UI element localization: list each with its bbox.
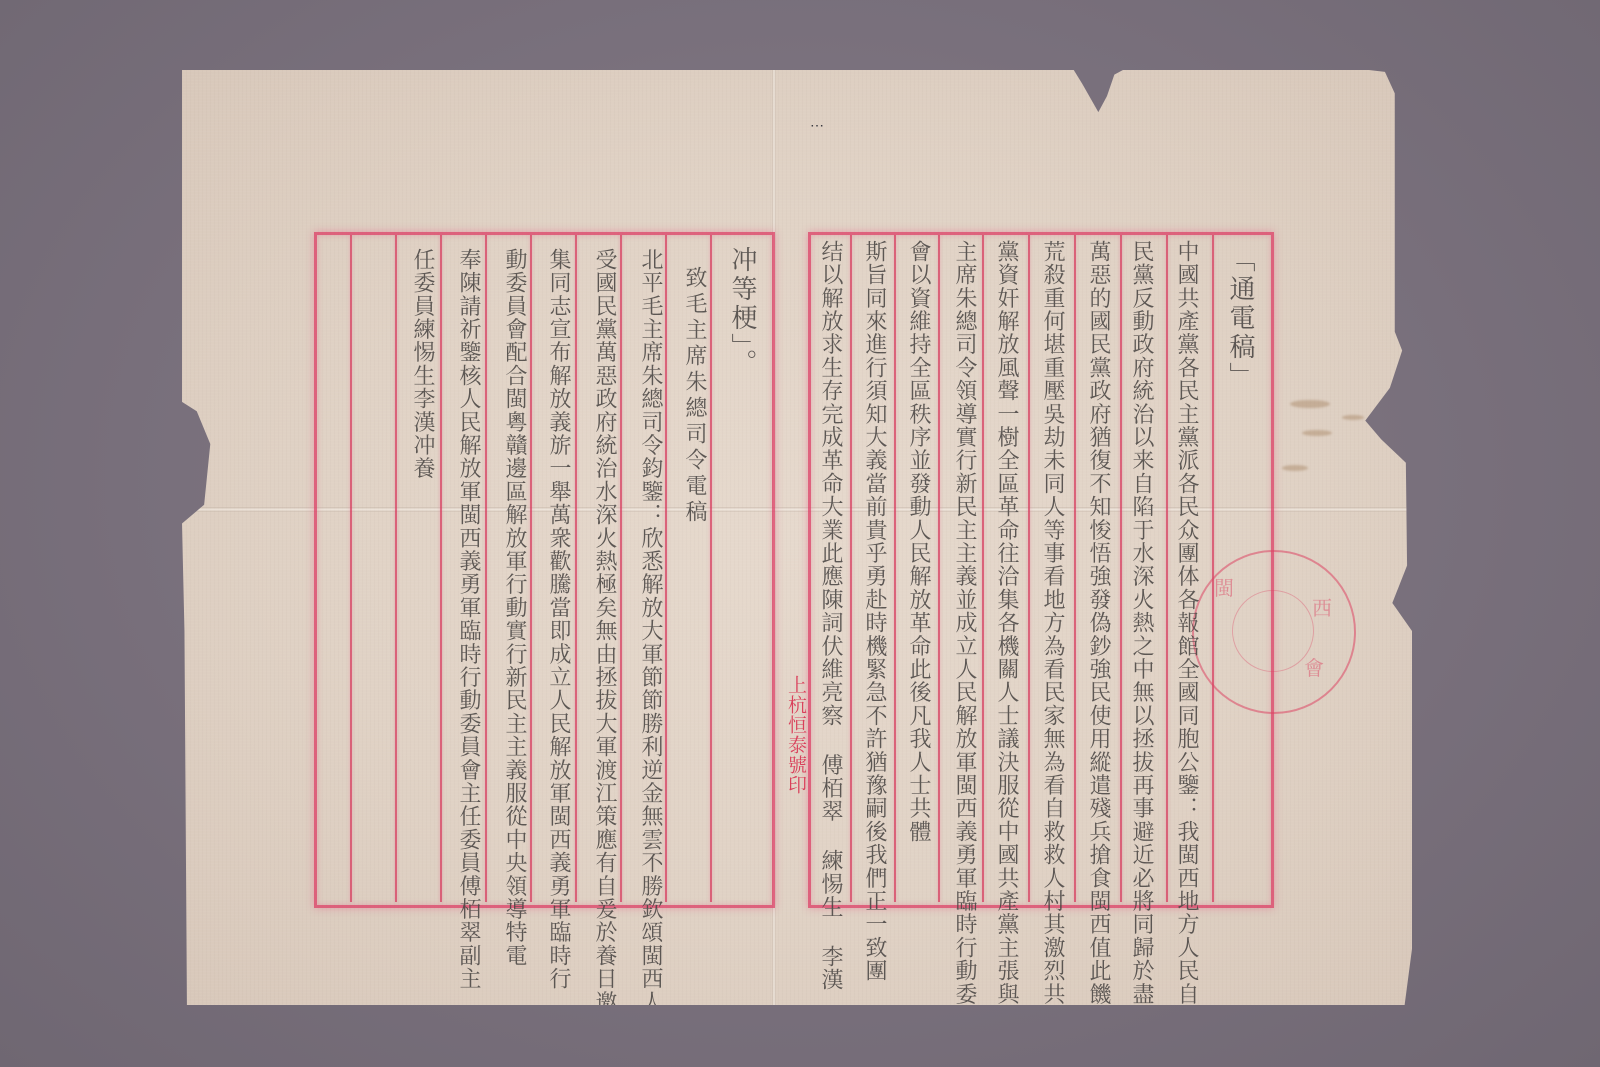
column-rule <box>1212 235 1214 902</box>
seal-character: 會 <box>1304 652 1324 681</box>
text-column: 民黨反動政府統治以来自陷于水深火熱之中無以拯拔再事避近必將同歸於盡而 <box>1127 240 1155 1029</box>
column-rule <box>850 235 852 902</box>
text-column: 黨資奸解放風聲一樹全區革命往洽集各機關人士議決服從中國共產黨主張與毛 <box>992 240 1020 1029</box>
text-column: 奉陳請祈鑒核人民解放軍閩西義勇軍臨時行動委員會主任委員傅栢翠副主 <box>454 248 482 990</box>
printer-imprint: 上杭恒泰號印 <box>783 675 810 795</box>
seal-character: 閩 <box>1214 572 1234 601</box>
closing-line: 冲等梗」。 <box>728 246 756 378</box>
stain-mark <box>1342 415 1364 420</box>
document-title: 「通電稿」 <box>1226 246 1254 391</box>
column-rule <box>894 235 896 902</box>
column-rule <box>350 235 352 902</box>
text-column: 结以解放求生存完成革命大業此應陳詞伏維亮察 傅栢翠 練惕生 李漢 <box>816 240 844 991</box>
stain-mark <box>1290 400 1330 408</box>
seal-inner-ring <box>1232 590 1314 672</box>
column-rule <box>620 235 622 902</box>
column-rule <box>1166 235 1168 902</box>
document-sheet: ⋯ 閩 西 會 「通電稿」 中國共產黨各民主黨派各民众團体各報館全國同胞公鑒：我… <box>182 70 1412 1005</box>
text-column: 斯旨同來進行須知大義當前貴乎勇赴時機緊急不許猶豫嗣後我們正一致團 <box>860 240 888 982</box>
text-column: 北平毛主席朱總司令鈞鑒：欣悉解放大軍節節勝利逆金無雲不勝欽頌閩西人民 <box>636 248 664 1037</box>
seal-character: 西 <box>1312 592 1332 621</box>
text-column: 集同志宣布解放義旂一舉萬衆歡騰當即成立人民解放軍閩西義勇軍臨時行 <box>544 248 572 990</box>
column-rule <box>440 235 442 902</box>
red-seal-stamp: 閩 西 會 <box>1192 550 1356 714</box>
column-rule <box>1028 235 1030 902</box>
column-rule <box>982 235 984 902</box>
column-rule <box>938 235 940 902</box>
stain-mark <box>1302 430 1332 436</box>
text-column: 動委員會配合閩粵贛邊區解放軍行動實行新民主主義服從中央領導特電 <box>500 248 528 967</box>
text-column: 受國民黨萬惡政府統治水深火熱極矣無由拯拔大軍渡江策應有自爰於養日邀 <box>590 248 618 1014</box>
column-rule <box>710 235 712 902</box>
left-page-heading: 致毛主席朱總司令電稿 <box>680 266 708 526</box>
column-rule <box>530 235 532 902</box>
column-rule <box>1074 235 1076 902</box>
text-column: 中國共產黨各民主黨派各民众團体各報館全國同胞公鑒：我閩西地方人民自被國 <box>1172 240 1200 1052</box>
signature-column: 任委員練惕生李漢冲養 <box>408 248 436 480</box>
stain-mark <box>1282 465 1308 471</box>
column-rule <box>575 235 577 902</box>
column-rule <box>1120 235 1122 902</box>
text-column: 主席朱總司令領導實行新民主主義並成立人民解放軍閩西義勇軍臨時行動委員 <box>950 240 978 1029</box>
column-rule <box>395 235 397 902</box>
ink-mark: ⋯ <box>810 118 824 134</box>
text-column: 荒殺重何堪重壓吳劫未同人等事看地方為看民家無為看自救救人村其激烈共 <box>1038 240 1066 1006</box>
text-column: 會以資維持全區秩序並發動人民解放革命此後凡我人士共體 <box>904 240 932 843</box>
text-column: 萬惡的國民黨政府猶復不知悛悟強發偽鈔強民使用縱遣殘兵搶食閩西值此饑 <box>1084 240 1112 1006</box>
column-rule <box>485 235 487 902</box>
column-rule <box>665 235 667 902</box>
